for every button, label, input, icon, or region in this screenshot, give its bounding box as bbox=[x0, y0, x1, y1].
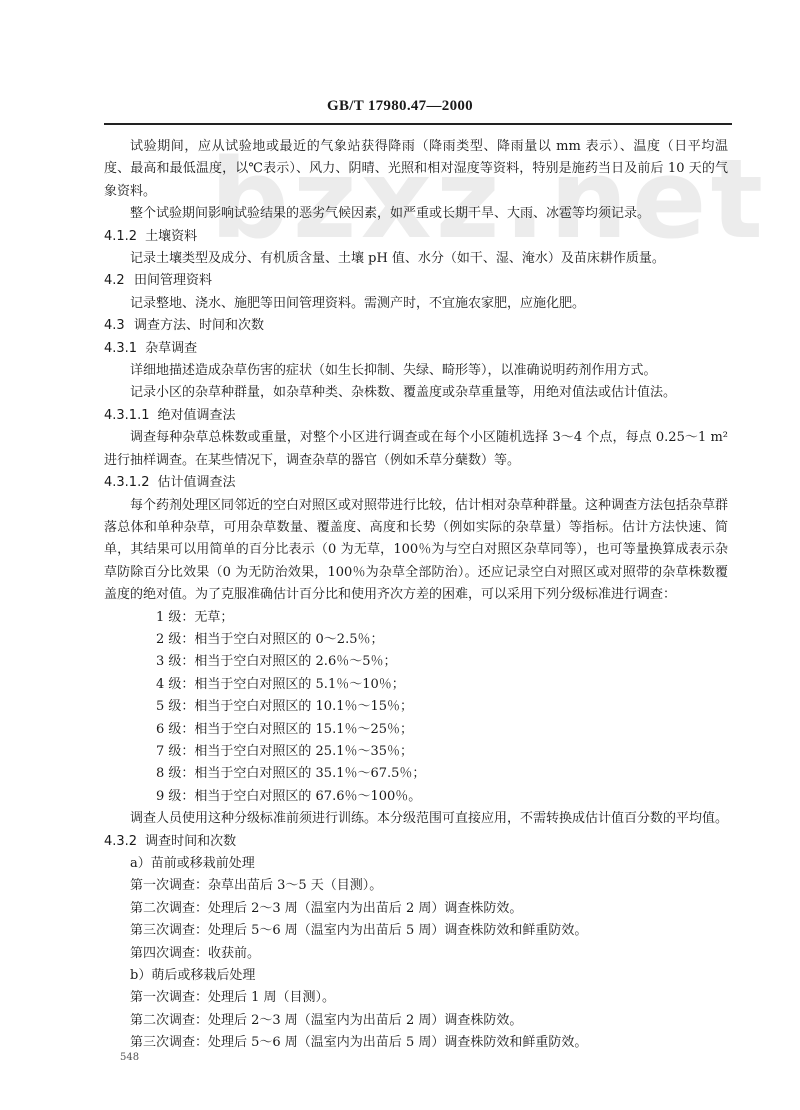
section-heading-4-3-1-1: 4.3.1.1绝对值调查法 bbox=[104, 405, 728, 427]
section-heading-4-3-1: 4.3.1杂草调查 bbox=[104, 338, 728, 360]
section-heading-4-2: 4.2田间管理资料 bbox=[104, 270, 728, 292]
section-title: 土壤资料 bbox=[145, 229, 197, 244]
paragraph-absolute-method: 调查每种杂草总株数或重量，对整个小区进行调查或在每个小区随机选择 3～4 个点，… bbox=[104, 427, 728, 472]
document-body: 试验期间，应从试验地或最近的气象站获得降雨（降雨类型、降雨量以 mm 表示）、温… bbox=[104, 136, 728, 1055]
section-heading-4-1-2: 4.1.2土壤资料 bbox=[104, 226, 728, 248]
grade-item: 3 级：相当于空白对照区的 2.6％～5％； bbox=[130, 651, 728, 673]
section-heading-4-3: 4.3调查方法、时间和次数 bbox=[104, 315, 728, 337]
section-heading-4-3-2: 4.3.2调查时间和次数 bbox=[104, 831, 728, 853]
survey-item-b: 第三次调查：处理后 5～6 周（温室内为出苗后 5 周）调查株防效和鲜重防效。 bbox=[104, 1032, 728, 1054]
section-title: 绝对值调查法 bbox=[157, 408, 235, 423]
section-title: 田间管理资料 bbox=[134, 273, 212, 288]
section-number: 4.3 bbox=[104, 315, 126, 337]
paragraph-adverse-weather: 整个试验期间影响试验结果的恶劣气候因素，如严重或长期干旱、大雨、冰雹等均须记录。 bbox=[104, 203, 728, 225]
survey-item-b: 第二次调查：处理后 2～3 周（温室内为出苗后 2 周）调查株防效。 bbox=[104, 1010, 728, 1032]
section-heading-4-3-1-2: 4.3.1.2估计值调查法 bbox=[104, 472, 728, 494]
paragraph-training: 调查人员使用这种分级标准前须进行训练。本分级范围可直接应用，不需转换成估计值百分… bbox=[104, 808, 728, 830]
section-number: 4.3.1.1 bbox=[104, 405, 149, 427]
section-number: 4.3.2 bbox=[104, 831, 137, 853]
subsection-a-title: a）苗前或移栽前处理 bbox=[104, 853, 728, 875]
grade-item: 2 级：相当于空白对照区的 0～2.5％； bbox=[130, 629, 728, 651]
grade-item: 7 级：相当于空白对照区的 25.1％～35％； bbox=[130, 741, 728, 763]
section-title: 调查时间和次数 bbox=[145, 834, 236, 849]
survey-item-a: 第三次调查：处理后 5～6 周（温室内为出苗后 5 周）调查株防效和鲜重防效。 bbox=[104, 920, 728, 942]
section-title: 调查方法、时间和次数 bbox=[134, 318, 264, 333]
grade-item: 6 级：相当于空白对照区的 15.1％～25％； bbox=[130, 719, 728, 741]
section-number: 4.3.1 bbox=[104, 338, 137, 360]
grade-item: 8 级：相当于空白对照区的 35.1％～67.5％； bbox=[130, 763, 728, 785]
paragraph-weather: 试验期间，应从试验地或最近的气象站获得降雨（降雨类型、降雨量以 mm 表示）、温… bbox=[104, 136, 728, 203]
subsection-b-title: b）萌后或移栽后处理 bbox=[104, 965, 728, 987]
survey-item-b: 第一次调查：处理后 1 周（目测）。 bbox=[104, 987, 728, 1009]
grade-list: 1 级：无草； 2 级：相当于空白对照区的 0～2.5％； 3 级：相当于空白对… bbox=[104, 607, 728, 809]
paragraph-soil: 记录土壤类型及成分、有机质含量、土壤 pH 值、水分（如干、湿、淹水）及苗床耕作… bbox=[104, 248, 728, 270]
paragraph-population: 记录小区的杂草种群量，如杂草种类、杂株数、覆盖度或杂草重量等，用绝对值法或估计值… bbox=[104, 382, 728, 404]
section-title: 杂草调查 bbox=[145, 341, 197, 356]
standard-code-header: GB/T 17980.47—2000 bbox=[0, 98, 800, 115]
grade-item: 4 级：相当于空白对照区的 5.1％～10％； bbox=[130, 674, 728, 696]
paragraph-field-management: 记录整地、浇水、施肥等田间管理资料。需测产时，不宜施农家肥，应施化肥。 bbox=[104, 293, 728, 315]
paragraph-estimate-method: 每个药剂处理区同邻近的空白对照区或对照带进行比较，估计相对杂草种群量。这种调查方… bbox=[104, 495, 728, 607]
survey-item-a: 第一次调查：杂草出苗后 3～5 天（目测）。 bbox=[104, 875, 728, 897]
grade-item: 9 级：相当于空白对照区的 67.6％～100％。 bbox=[130, 786, 728, 808]
section-number: 4.1.2 bbox=[104, 226, 137, 248]
survey-item-a: 第二次调查：处理后 2～3 周（温室内为出苗后 2 周）调查株防效。 bbox=[104, 898, 728, 920]
section-title: 估计值调查法 bbox=[157, 475, 235, 490]
grade-item: 1 级：无草； bbox=[130, 607, 728, 629]
paragraph-symptoms: 详细地描述造成杂草伤害的症状（如生长抑制、失绿、畸形等），以准确说明药剂作用方式… bbox=[104, 360, 728, 382]
section-number: 4.3.1.2 bbox=[104, 472, 149, 494]
survey-item-a: 第四次调查：收获前。 bbox=[104, 943, 728, 965]
grade-item: 5 级：相当于空白对照区的 10.1％～15％； bbox=[130, 696, 728, 718]
header-rule bbox=[104, 123, 732, 125]
section-number: 4.2 bbox=[104, 270, 126, 292]
